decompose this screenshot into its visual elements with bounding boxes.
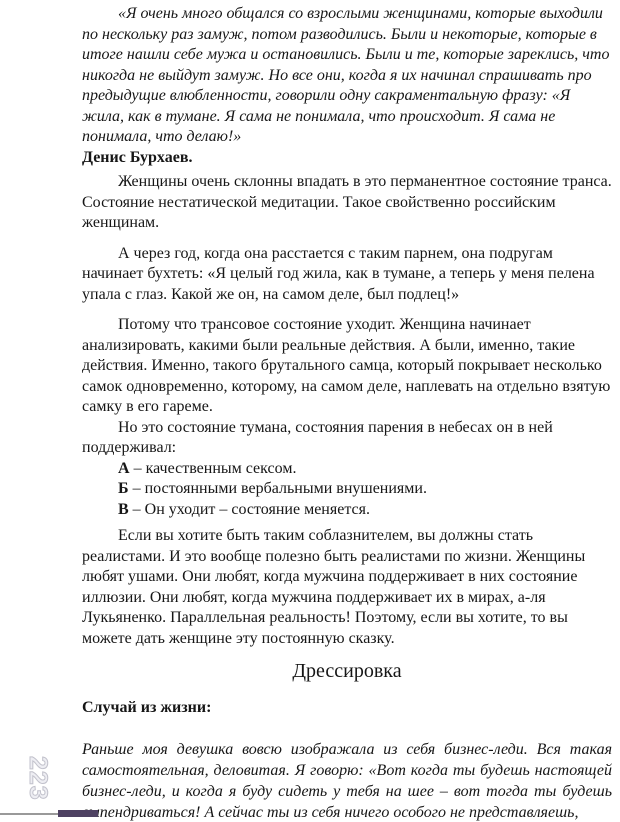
case-quote-paragraph: Раньше моя девушка вовсю изображала из с… [82,739,612,822]
footer-rule [0,813,58,815]
case-label: Случай из жизни: [82,698,612,719]
section-heading: Дрессировка [82,659,612,683]
book-page: «Я очень много общался со взрослыми женщ… [0,0,620,822]
abc-list: А – качественным сексом. Б – постоянными… [82,459,612,521]
opening-quote-paragraph: «Я очень много общался со взрослыми женщ… [82,4,612,148]
body-paragraph-trance: Женщины очень склонны впадать в это перм… [82,172,612,234]
list-item-text: – постоянными вербальными внушениями. [133,480,427,497]
body-paragraph-year: А через год, когда она расстается с таки… [82,244,612,306]
list-item: В – Он уходит – состояние меняется. [118,500,612,521]
list-item: А – качественным сексом. [118,459,612,480]
body-paragraph-analysis: Потому что трансовое состояние уходит. Ж… [82,315,612,418]
quote-author: Денис Бурхаев. [82,148,612,169]
list-item-letter: В [118,501,129,518]
body-paragraph-fog: Но это состояние тумана, состояния парен… [82,418,612,459]
list-item: Б – постоянными вербальными внушениями. [118,479,612,500]
list-item-letter: А [118,460,130,477]
list-item-text: – Он уходит – состояние меняется. [133,501,370,518]
text-block: «Я очень много общался со взрослыми женщ… [82,0,612,822]
list-item-text: – качественным сексом. [134,460,297,477]
footer-accent-bar [58,810,98,817]
page-number: 223 [25,756,51,800]
list-item-letter: Б [118,480,129,497]
body-paragraph-realists: Если вы хотите быть таким соблазнителем,… [82,526,612,649]
